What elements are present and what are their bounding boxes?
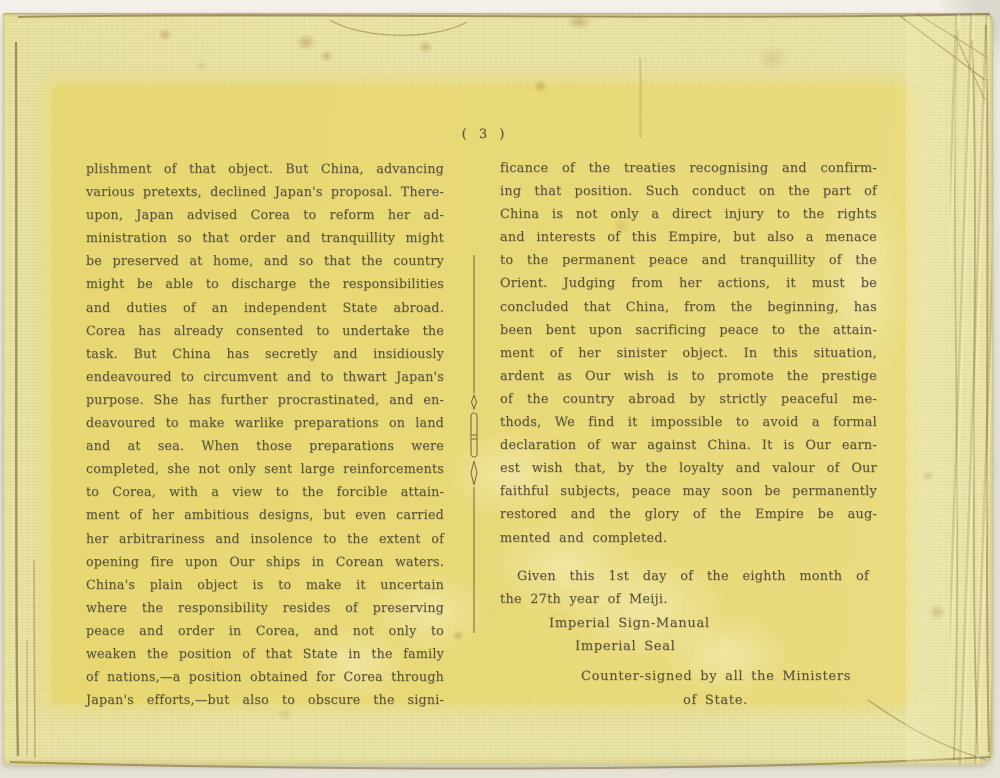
text-line: ardent as Our wish is to promote the pre…: [500, 365, 877, 388]
text-line: China's plain object is to make it uncer…: [86, 573, 444, 596]
text-line: various pretexts, declined Japan's propo…: [86, 180, 444, 203]
text-line: of the country abroad by strictly peacef…: [500, 388, 877, 411]
text-line: been bent upon sacrificing peace to the …: [500, 319, 877, 342]
text-line: and at sea. When those preparations were: [86, 434, 444, 457]
text-line: declaration of war against China. It is …: [500, 434, 877, 457]
dateline-line1: Given this 1st day of the eighth month o…: [500, 565, 869, 588]
text-line: ment of her ambitious designs, but even …: [86, 503, 444, 526]
scanned-book-photo: ( 3 ) plishment of that object. But Chin…: [0, 0, 1000, 778]
column-divider-ornament: [466, 253, 482, 635]
text-line: task. But China has secretly and insidio…: [86, 342, 444, 365]
text-line: Corea has already consented to undertake…: [86, 319, 444, 342]
countersign-line1: Counter-signed by all the Ministers: [581, 669, 851, 684]
text-line: and duties of an independent State abroa…: [86, 296, 444, 319]
text-line: Orient. Judging from her actions, it mus…: [500, 272, 877, 295]
text-line: to Corea, with a view to the forcible at…: [86, 480, 444, 503]
text-line: and interests of this Empire, but also a…: [500, 226, 877, 249]
page-number: ( 3 ): [440, 127, 530, 142]
text-line: completed, she not only sent large reinf…: [86, 457, 444, 480]
text-line: China is not only a direct injury to the…: [500, 203, 877, 226]
text-line: thods, We find it impossible to avoid a …: [500, 411, 877, 434]
dateline-line2: the 27th year of Meiji.: [500, 588, 668, 611]
text-line: concluded that China, from the beginning…: [500, 296, 877, 319]
text-line: upon, Japan advised Corea to reform her …: [86, 203, 444, 226]
text-line: ministration so that order and tranquill…: [86, 226, 444, 249]
text-line: weaken the position of that State in the…: [86, 642, 444, 665]
text-line: deavoured to make warlike preparations o…: [86, 411, 444, 434]
text-line: might be able to discharge the responsib…: [86, 272, 444, 295]
text-line: be preserved at home, and so that the co…: [86, 249, 444, 272]
text-line: endeavoured to circumvent and to thwart …: [86, 365, 444, 388]
text-line: to the permanent peace and tranquillity …: [500, 249, 877, 272]
text-line: restored and the glory of the Empire be …: [500, 503, 877, 526]
text-line: plishment of that object. But China, adv…: [86, 157, 444, 180]
text-line: est wish that, by the loyalty and valour…: [500, 457, 877, 480]
text-line: faithful subjects, peace may soon be per…: [500, 480, 877, 503]
left-text-column: plishment of that object. But China, adv…: [86, 157, 444, 711]
worn-page-edge-shade: [906, 16, 952, 762]
worn-page-edge: [950, 14, 992, 764]
text-line: ficance of the treaties recognising and …: [500, 157, 877, 180]
text-line: of nations,—a position obtained for Core…: [86, 665, 444, 688]
text-line: where the responsibility resides of pres…: [86, 596, 444, 619]
text-line: peace and order in Corea, and not only t…: [86, 619, 444, 642]
paragraph-end-line: mented and completed.: [500, 527, 667, 550]
text-line: ing that position. Such conduct on the p…: [500, 180, 877, 203]
text-line: ment of her sinister object. In this sit…: [500, 342, 877, 365]
right-text-column: ficance of the treaties recognising and …: [500, 157, 877, 527]
text-line: her arbitrariness and insolence to the e…: [86, 527, 444, 550]
text-line: purpose. She has further procrastinated,…: [86, 388, 444, 411]
text-line: Japan's efforts,—but also to obscure the…: [86, 688, 444, 711]
text-line: opening fire upon Our ships in Corean wa…: [86, 550, 444, 573]
countersign-line2: of State.: [683, 693, 748, 708]
imperial-seal: Imperial Seal: [575, 639, 676, 654]
imperial-sign-manual: Imperial Sign-Manual: [549, 616, 710, 631]
